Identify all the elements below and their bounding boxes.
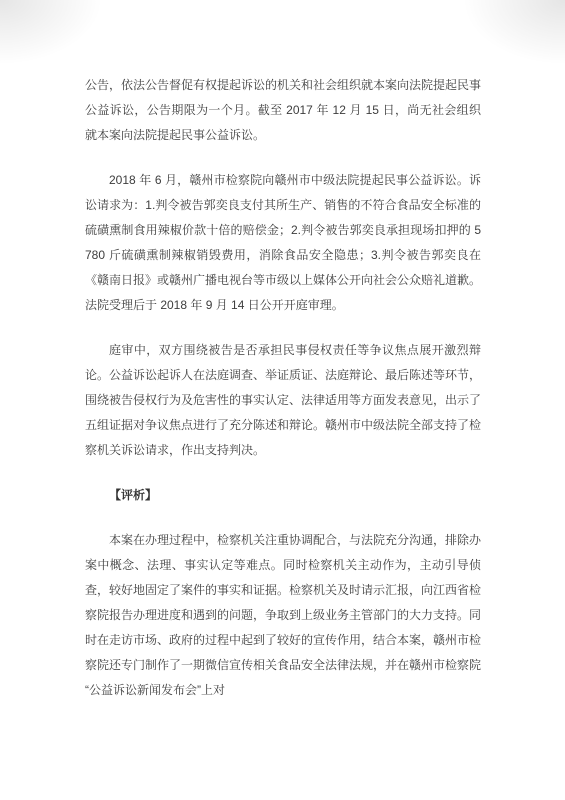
document-page: 公告，依法公告督促有权提起诉讼的机关和社会组织就本案向法院提起民事公益诉讼，公告… [0, 0, 565, 800]
body-paragraph-commentary: 本案在办理过程中，检察机关注重协调配合，与法院充分沟通，排除办案中概念、法理、事… [85, 528, 481, 703]
section-heading-commentary: 【评析】 [85, 483, 481, 508]
body-paragraph-court-hearing: 庭审中，双方围绕被告是否承担民事侵权责任等争议焦点展开激烈辩论。公益诉讼起诉人在… [85, 338, 481, 463]
document-content: 公告，依法公告督促有权提起诉讼的机关和社会组织就本案向法院提起民事公益诉讼，公告… [0, 0, 565, 703]
body-paragraph-lawsuit-claims: 2018 年 6 月，赣州市检察院向赣州市中级法院提起民事公益诉讼。诉讼请求为：… [85, 168, 481, 318]
body-paragraph-announcement: 公告，依法公告督促有权提起诉讼的机关和社会组织就本案向法院提起民事公益诉讼，公告… [85, 73, 481, 148]
